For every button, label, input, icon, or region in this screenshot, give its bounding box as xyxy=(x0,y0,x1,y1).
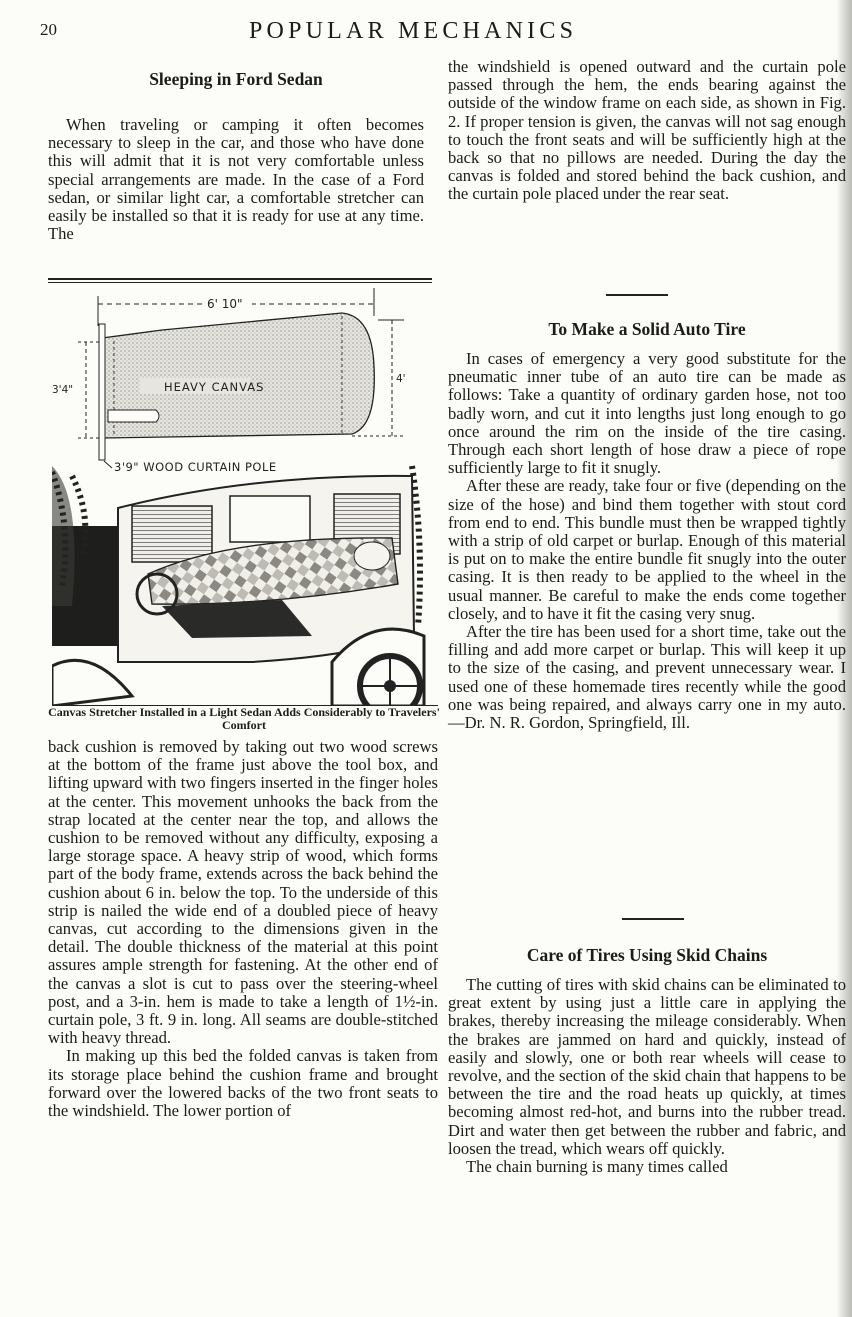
diagram-label-curtain-pole: 3'9" WOOD CURTAIN POLE xyxy=(114,460,277,474)
magazine-page: 20 POPULAR MECHANICS Sleeping in Ford Se… xyxy=(0,0,852,1317)
diagram-label-heavy-canvas: HEAVY CANVAS xyxy=(164,380,264,394)
article-title-solid-tire: To Make a Solid Auto Tire xyxy=(448,318,846,340)
article-solid-auto-tire: To Make a Solid Auto Tire In cases of em… xyxy=(448,318,846,732)
figure-caption: Canvas Stretcher Installed in a Light Se… xyxy=(48,706,440,732)
canvas-stretcher-diagram: 6' 10" HEAVY CANVAS 3'4" 4' 3'9" WOOD CU… xyxy=(52,286,438,706)
article-paragraph: The chain burning is many times called xyxy=(448,1158,846,1176)
article-sleeping-continued: back cushion is removed by taking out tw… xyxy=(48,738,438,1120)
dimension-narrow-width-label: 3'4" xyxy=(52,384,73,396)
article-title-skid-chains: Care of Tires Using Skid Chains xyxy=(448,944,846,966)
article-paragraph: back cushion is removed by taking out tw… xyxy=(48,738,438,1047)
section-divider xyxy=(606,294,668,296)
page-number: 20 xyxy=(40,20,57,40)
figure-canvas-stretcher: 6' 10" HEAVY CANVAS 3'4" 4' 3'9" WOOD CU… xyxy=(52,286,438,706)
article-paragraph: the windshield is opened outward and the… xyxy=(448,58,846,204)
dimension-wide-width-label: 4' xyxy=(396,373,406,385)
figure-top-rule xyxy=(48,278,432,283)
article-paragraph: After the tire has been used for a short… xyxy=(448,623,846,732)
article-paragraph: In cases of emergency a very good substi… xyxy=(448,350,846,477)
article-title-sleeping: Sleeping in Ford Sedan xyxy=(48,68,424,90)
article-paragraph: The cutting of tires with skid chains ca… xyxy=(448,976,846,1158)
section-divider xyxy=(622,918,684,920)
sedan-illustration xyxy=(52,466,438,706)
article-sleeping-right-continuation: the windshield is opened outward and the… xyxy=(448,58,846,204)
dimension-length-label: 6' 10" xyxy=(207,297,243,311)
article-sleeping-intro: Sleeping in Ford Sedan When traveling or… xyxy=(48,68,424,243)
article-skid-chains: Care of Tires Using Skid Chains The cutt… xyxy=(448,944,846,1176)
article-paragraph: When traveling or camping it often becom… xyxy=(48,116,424,243)
article-paragraph: After these are ready, take four or five… xyxy=(448,477,846,623)
article-paragraph: In making up this bed the folded canvas … xyxy=(48,1047,438,1120)
magazine-title: POPULAR MECHANICS xyxy=(249,18,577,45)
